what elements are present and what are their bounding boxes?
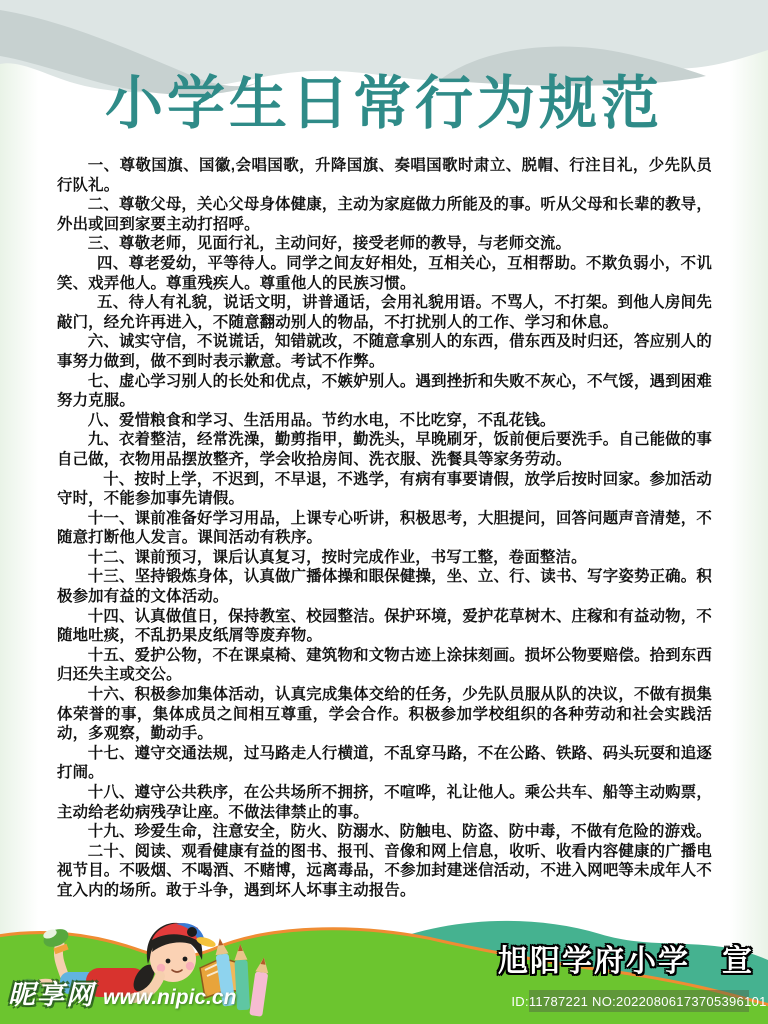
rule-paragraph: 十四、认真做值日，保持教室、校园整洁。保护环境，爱护花草树木、庄稼和有益动物，不… xyxy=(57,607,712,646)
rule-paragraph: 十九、珍爱生命，注意安全，防火、防溺水、防触电、防盗、防中毒，不做有危险的游戏。 xyxy=(57,822,712,842)
rules-list: 一、尊敬国旗、国徽,会唱国歌，升降国旗、奏唱国歌时肃立、脱帽、行注目礼，少先队员… xyxy=(57,156,712,901)
rule-paragraph: 十、按时上学，不迟到，不早退，不逃学，有病有事要请假，放学后按时回家。参加活动守… xyxy=(57,470,712,509)
rule-paragraph: 四、尊老爱幼，平等待人。同学之间友好相处，互相关心，互相帮助。不欺负弱小，不讥笑… xyxy=(57,254,712,293)
rule-paragraph: 八、爱惜粮食和学习、生活用品。节约水电，不比吃穿，不乱花钱。 xyxy=(57,411,712,431)
rule-paragraph: 三、尊敬老师，见面行礼，主动问好，接受老师的教导，与老师交流。 xyxy=(57,234,712,254)
watermark-logo: 昵享网 xyxy=(8,973,95,1012)
rule-paragraph: 十一、课前准备好学习用品，上课专心听讲，积极思考，大胆提问，回答问题声音清楚，不… xyxy=(57,509,712,548)
rule-paragraph: 十二、课前预习，课后认真复习，按时完成作业，书写工整，卷面整洁。 xyxy=(57,548,712,568)
poster-page: 小学生日常行为规范 一、尊敬国旗、国徽,会唱国歌，升降国旗、奏唱国歌时肃立、脱帽… xyxy=(0,0,768,1024)
rule-paragraph: 二十、阅读、观看健康有益的图书、报刊、音像和网上信息，收听、收看内容健康的广播电… xyxy=(57,842,712,901)
rule-paragraph: 六、诚实守信，不说谎话，知错就改，不随意拿别人的东西，借东西及时归还，答应别人的… xyxy=(57,332,712,371)
rule-paragraph: 十八、遵守公共秩序，在公共场所不拥挤，不喧哗，礼让他人。乘公共车、船等主动购票，… xyxy=(57,783,712,822)
site-watermark: 昵享网 www.nipic.cn xyxy=(8,973,236,1012)
rule-paragraph: 七、虚心学习别人的长处和优点，不嫉妒别人。遇到挫折和失败不灰心，不气馁，遇到困难… xyxy=(57,372,712,411)
rule-paragraph: 五、待人有礼貌，说话文明，讲普通话，会用礼貌用语。不骂人，不打架。到他人房间先敲… xyxy=(57,293,712,332)
rule-paragraph: 九、衣着整洁，经常洗澡，勤剪指甲，勤洗头，早晚刷牙，饭前便后要洗手。自己能做的事… xyxy=(57,430,712,469)
rule-paragraph: 十七、遵守交通法规，过马路走人行横道，不乱穿马路，不在公路、铁路、码头玩耍和追逐… xyxy=(57,744,712,783)
image-id-badge: ID:11787221 NO:20220806173705396101 xyxy=(529,990,749,1012)
watermark-url: www.nipic.cn xyxy=(103,986,236,1010)
school-signature: 旭阳学府小学 宣 xyxy=(498,936,754,980)
rule-paragraph: 二、尊敬父母，关心父母身体健康，主动为家庭做力所能及的事。听从父母和长辈的教导，… xyxy=(57,195,712,234)
rule-paragraph: 十三、坚持锻炼身体，认真做广播体操和眼保健操，坐、立、行、读书、写字姿势正确。积… xyxy=(57,567,712,606)
rule-paragraph: 一、尊敬国旗、国徽,会唱国歌，升降国旗、奏唱国歌时肃立、脱帽、行注目礼，少先队员… xyxy=(57,156,712,195)
rule-paragraph: 十五、爱护公物，不在课桌椅、建筑物和文物古迹上涂抹刻画。损坏公物要赔偿。拾到东西… xyxy=(57,646,712,685)
rule-paragraph: 十六、积极参加集体活动，认真完成集体交给的任务，少先队员服从队的决议，不做有损集… xyxy=(57,685,712,744)
poster-title: 小学生日常行为规范 xyxy=(0,74,768,135)
